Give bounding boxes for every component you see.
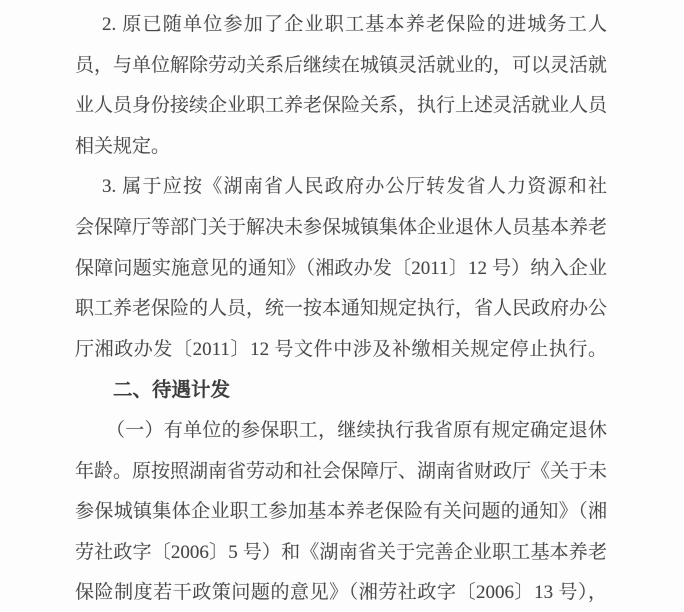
paragraph-3-line-2: 会保障厅等部门关于解决未参保城镇集体企业退休人员基本养老 <box>75 208 607 249</box>
paragraph-4-line-1: （一）有单位的参保职工，继续执行我省原有规定确定退休 <box>75 411 607 452</box>
paragraph-4-line-4: 劳社政字〔2006〕5 号）和《湖南省关于完善企业职工基本养老 <box>75 533 607 574</box>
paragraph-3-line-1: 3. 属于应按《湖南省人民政府办公厅转发省人力资源和社 <box>75 167 607 208</box>
paragraph-4-line-3: 参保城镇集体企业职工参加基本养老保险有关问题的通知》（湘 <box>75 492 607 533</box>
paragraph-3-line-4: 职工养老保险的人员，统一按本通知规定执行，省人民政府办公 <box>75 289 607 330</box>
paragraph-3-line-3: 保障问题实施意见的通知》（湘政办发〔2011〕12 号）纳入企业 <box>75 249 607 290</box>
paragraph-3-line-5: 厅湘政办发〔2011〕12 号文件中涉及补缴相关规定停止执行。 <box>75 330 607 371</box>
paragraph-4-line-2: 年龄。原按照湖南省劳动和社会保障厅、湖南省财政厅《关于未 <box>75 452 607 493</box>
document-text-block: 2. 原已随单位参加了企业职工基本养老保险的进城务工人 员，与单位解除劳动关系后… <box>75 5 607 612</box>
paragraph-4-line-5: 保险制度若干政策问题的意见》（湘劳社政字〔2006〕13 号）， <box>75 573 607 612</box>
paragraph-2-line-2: 员，与单位解除劳动关系后继续在城镇灵活就业的，可以灵活就 <box>75 46 607 87</box>
section-heading: 二、待遇计发 <box>75 370 607 411</box>
document-page: 2. 原已随单位参加了企业职工基本养老保险的进城务工人 员，与单位解除劳动关系后… <box>0 0 684 612</box>
paragraph-2-line-3: 业人员身份接续企业职工养老保险关系，执行上述灵活就业人员 <box>75 86 607 127</box>
paragraph-2-line-1: 2. 原已随单位参加了企业职工基本养老保险的进城务工人 <box>75 5 607 46</box>
paragraph-2-line-4: 相关规定。 <box>75 127 607 168</box>
